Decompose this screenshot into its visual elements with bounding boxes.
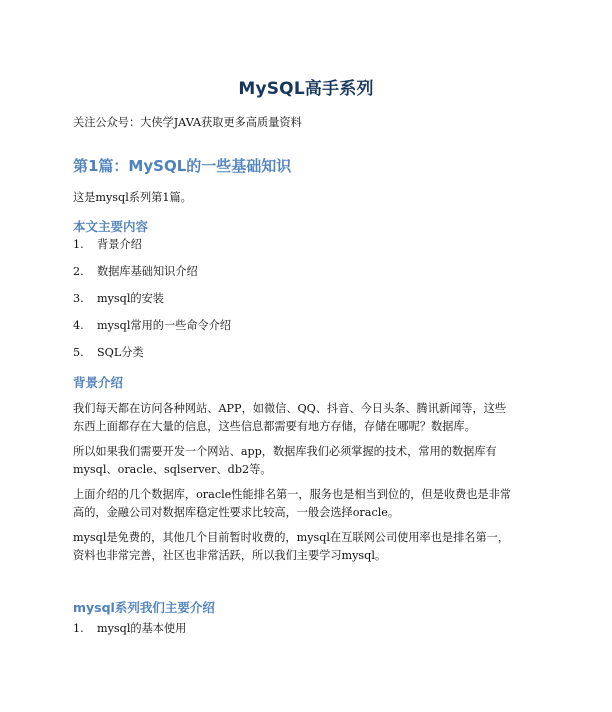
list-label: mysql常用的一些命令介绍 [97, 319, 231, 332]
list-label: mysql的基本使用 [97, 622, 186, 635]
list-label: 背景介绍 [97, 238, 142, 251]
list-number: 5. [73, 344, 97, 362]
background-heading: 背景介绍 [73, 373, 123, 391]
list-label: mysql的安装 [97, 292, 164, 305]
toc-item: 5.SQL分类 [73, 344, 144, 362]
chapter-heading: 第1篇：MySQL的一些基础知识 [73, 155, 291, 176]
paragraph-line: 高的，金融公司对数据库稳定性要求比较高，一般会选择oracle。 [73, 504, 553, 522]
paragraph-line: 上面介绍的几个数据库，oracle性能排名第一，服务也是相当到位的，但是收费也是… [73, 486, 553, 504]
series-heading: mysql系列我们主要介绍 [73, 598, 215, 616]
list-label: 数据库基础知识介绍 [97, 265, 198, 278]
paragraph-line: 所以如果我们需要开发一个网站、app，数据库我们必须掌握的技术，常用的数据库有 [73, 443, 553, 461]
document-page: MySQL高手系列 关注公众号：大侠学JAVA获取更多高质量资料 第1篇：MyS… [0, 0, 612, 712]
toc-item: 4.mysql常用的一些命令介绍 [73, 317, 231, 335]
paragraph-line: mysql、oracle、sqlserver、db2等。 [73, 461, 553, 479]
list-number: 4. [73, 317, 97, 335]
paragraph: 我们每天都在访问各种网站、APP，如微信、QQ、抖音、今日头条、腾讯新闻等，这些… [73, 400, 553, 436]
paragraph: 所以如果我们需要开发一个网站、app，数据库我们必须掌握的技术，常用的数据库有 … [73, 443, 553, 479]
list-number: 2. [73, 263, 97, 281]
paragraph-line: 东西上面都存在大量的信息，这些信息都需要有地方存储，存储在哪呢？数据库。 [73, 418, 553, 436]
chapter-intro: 这是mysql系列第1篇。 [73, 189, 192, 207]
paragraph: 上面介绍的几个数据库，oracle性能排名第一，服务也是相当到位的，但是收费也是… [73, 486, 553, 522]
toc-item: 3.mysql的安装 [73, 290, 164, 308]
paragraph-line: mysql是免费的，其他几个目前暂时收费的，mysql在互联网公司使用率也是排名… [73, 529, 553, 547]
list-number: 3. [73, 290, 97, 308]
toc-item: 2.数据库基础知识介绍 [73, 263, 198, 281]
paragraph: mysql是免费的，其他几个目前暂时收费的，mysql在互联网公司使用率也是排名… [73, 529, 553, 565]
toc-heading: 本文主要内容 [73, 217, 148, 235]
paragraph-line: 我们每天都在访问各种网站、APP，如微信、QQ、抖音、今日头条、腾讯新闻等，这些 [73, 400, 553, 418]
list-number: 1. [73, 236, 97, 254]
toc-item: 1.背景介绍 [73, 236, 142, 254]
document-title: MySQL高手系列 [0, 74, 612, 99]
list-number: 1. [73, 620, 97, 638]
paragraph-line: 资料也非常完善，社区也非常活跃，所以我们主要学习mysql。 [73, 547, 553, 565]
subtitle-text: 关注公众号：大侠学JAVA获取更多高质量资料 [73, 114, 302, 132]
list-label: SQL分类 [97, 346, 144, 359]
series-item: 1.mysql的基本使用 [73, 620, 186, 638]
